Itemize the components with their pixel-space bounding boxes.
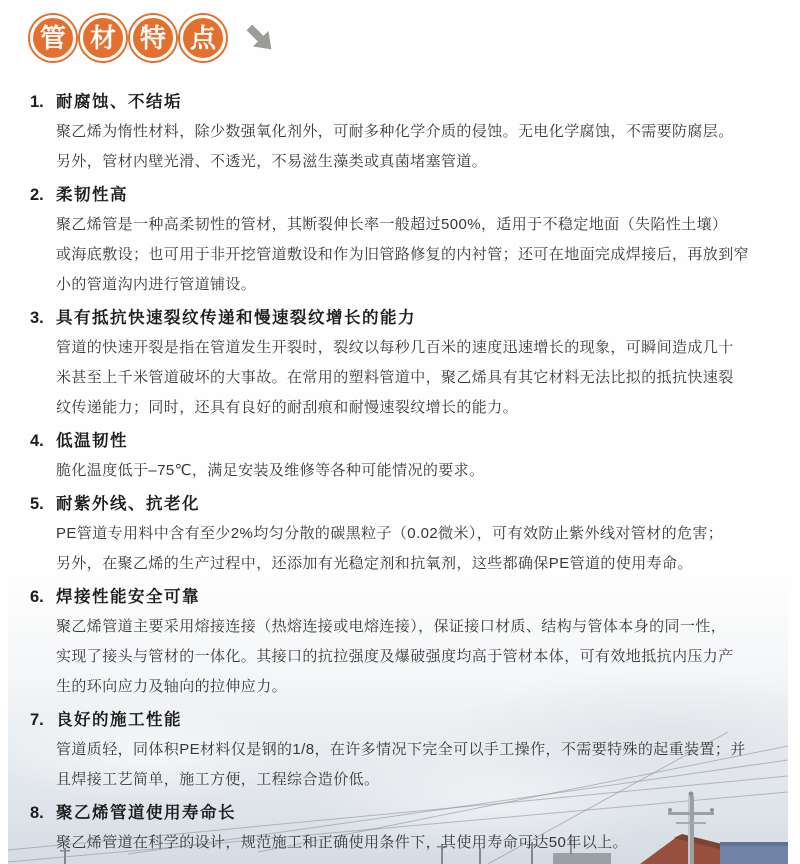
- feature-section: 3. 具有抵抗快速裂纹传递和慢速裂纹增长的能力 管道的快速开裂是指在管道发生开裂…: [0, 303, 800, 423]
- body-line: 管道质轻，同体积PE材料仅是钢的1/8，在许多情况下完全可以手工操作，不需要特殊…: [56, 735, 794, 765]
- section-body: 聚乙烯管道在科学的设计，规范施工和正确使用条件下，其使用寿命可达50年以上。: [0, 828, 800, 858]
- body-line: 聚乙烯管是一种高柔韧性的管材，其断裂伸长率一般超过500%，适用于不稳定地面（失…: [56, 210, 794, 240]
- badge-char-circle: 特: [130, 15, 176, 61]
- feature-section: 7. 良好的施工性能 管道质轻，同体积PE材料仅是钢的1/8，在许多情况下完全可…: [0, 705, 800, 795]
- section-number: 4.: [30, 426, 56, 456]
- section-body: 脆化温度低于–75℃，满足安装及维修等各种可能情况的要求。: [0, 456, 800, 486]
- section-body: 聚乙烯管是一种高柔韧性的管材，其断裂伸长率一般超过500%，适用于不稳定地面（失…: [0, 210, 800, 300]
- body-line: 另外，管材内壁光滑、不透光，不易滋生藻类或真菌堵塞管道。: [56, 147, 794, 177]
- page-title: 管材特点: [30, 13, 800, 63]
- section-title: 耐紫外线、抗老化: [56, 489, 200, 519]
- body-line: 管道的快速开裂是指在管道发生开裂时，裂纹以每秒几百米的速度迅速增长的现象，可瞬间…: [56, 333, 794, 363]
- body-line: 另外，在聚乙烯的生产过程中，还添加有光稳定剂和抗氧剂，这些都确保PE管道的使用寿…: [56, 549, 794, 579]
- section-number: 5.: [30, 489, 56, 519]
- section-body: 聚乙烯为惰性材料，除少数强氧化剂外，可耐多种化学介质的侵蚀。无电化学腐蚀，不需要…: [0, 117, 800, 177]
- section-number: 1.: [30, 87, 56, 117]
- section-heading: 7. 良好的施工性能: [0, 705, 800, 735]
- section-body: PE管道专用料中含有至少2%均匀分散的碳黑粒子（0.02微米），可有效防止紫外线…: [0, 519, 800, 579]
- section-title: 具有抵抗快速裂纹传递和慢速裂纹增长的能力: [56, 303, 416, 333]
- section-title: 柔韧性高: [56, 180, 128, 210]
- section-body: 管道的快速开裂是指在管道发生开裂时，裂纹以每秒几百米的速度迅速增长的现象，可瞬间…: [0, 333, 800, 423]
- section-number: 2.: [30, 180, 56, 210]
- body-line: 或海底敷设；也可用于非开挖管道敷设和作为旧管路修复的内衬管；还可在地面完成焊接后…: [56, 240, 794, 270]
- body-line: 米甚至上千米管道破坏的大事故。在常用的塑料管道中，聚乙烯具有其它材料无法比拟的抵…: [56, 363, 794, 393]
- feature-section: 5. 耐紫外线、抗老化 PE管道专用料中含有至少2%均匀分散的碳黑粒子（0.02…: [0, 489, 800, 579]
- section-number: 6.: [30, 582, 56, 612]
- body-line: 聚乙烯管道主要采用熔接连接（热熔连接或电熔连接），保证接口材质、结构与管体本身的…: [56, 612, 794, 642]
- title-badge: 管材特点: [30, 15, 230, 61]
- section-number: 8.: [30, 798, 56, 828]
- catalog-page: 管材特点 1. 耐腐蚀、不结垢 聚乙烯为惰性材料，除少数强氧化剂外，可耐多种化学…: [0, 0, 800, 864]
- section-title: 耐腐蚀、不结垢: [56, 87, 182, 117]
- body-line: 且焊接工艺简单，施工方便，工程综合造价低。: [56, 765, 794, 795]
- section-heading: 4. 低温韧性: [0, 426, 800, 456]
- section-heading: 5. 耐紫外线、抗老化: [0, 489, 800, 519]
- feature-list: 1. 耐腐蚀、不结垢 聚乙烯为惰性材料，除少数强氧化剂外，可耐多种化学介质的侵蚀…: [0, 87, 800, 858]
- body-line: 纹传递能力；同时，还具有良好的耐刮痕和耐慢速裂纹增长的能力。: [56, 393, 794, 423]
- body-line: 脆化温度低于–75℃，满足安装及维修等各种可能情况的要求。: [56, 456, 794, 486]
- section-number: 3.: [30, 303, 56, 333]
- section-title: 低温韧性: [56, 426, 128, 456]
- feature-section: 2. 柔韧性高 聚乙烯管是一种高柔韧性的管材，其断裂伸长率一般超过500%，适用…: [0, 180, 800, 300]
- feature-section: 8. 聚乙烯管道使用寿命长 聚乙烯管道在科学的设计，规范施工和正确使用条件下，其…: [0, 798, 800, 858]
- section-title: 良好的施工性能: [56, 705, 182, 735]
- feature-section: 1. 耐腐蚀、不结垢 聚乙烯为惰性材料，除少数强氧化剂外，可耐多种化学介质的侵蚀…: [0, 87, 800, 177]
- section-title: 聚乙烯管道使用寿命长: [56, 798, 236, 828]
- badge-char-circle: 材: [80, 15, 126, 61]
- section-body: 聚乙烯管道主要采用熔接连接（热熔连接或电熔连接），保证接口材质、结构与管体本身的…: [0, 612, 800, 702]
- section-title: 焊接性能安全可靠: [56, 582, 200, 612]
- badge-char-circle: 点: [180, 15, 226, 61]
- section-heading: 2. 柔韧性高: [0, 180, 800, 210]
- section-number: 7.: [30, 705, 56, 735]
- body-line: 小的管道沟内进行管道铺设。: [56, 270, 794, 300]
- section-heading: 1. 耐腐蚀、不结垢: [0, 87, 800, 117]
- section-heading: 6. 焊接性能安全可靠: [0, 582, 800, 612]
- body-line: 聚乙烯为惰性材料，除少数强氧化剂外，可耐多种化学介质的侵蚀。无电化学腐蚀，不需要…: [56, 117, 794, 147]
- body-line: 实现了接头与管材的一体化。其接口的抗拉强度及爆破强度均高于管材本体，可有效地抵抗…: [56, 642, 794, 672]
- section-body: 管道质轻，同体积PE材料仅是钢的1/8，在许多情况下完全可以手工操作，不需要特殊…: [0, 735, 800, 795]
- body-line: 聚乙烯管道在科学的设计，规范施工和正确使用条件下，其使用寿命可达50年以上。: [56, 828, 794, 858]
- section-heading: 8. 聚乙烯管道使用寿命长: [0, 798, 800, 828]
- feature-section: 4. 低温韧性 脆化温度低于–75℃，满足安装及维修等各种可能情况的要求。: [0, 426, 800, 486]
- arrow-down-right-icon: [242, 20, 278, 56]
- body-line: PE管道专用料中含有至少2%均匀分散的碳黑粒子（0.02微米），可有效防止紫外线…: [56, 519, 794, 549]
- badge-char-circle: 管: [30, 15, 76, 61]
- feature-section: 6. 焊接性能安全可靠 聚乙烯管道主要采用熔接连接（热熔连接或电熔连接），保证接…: [0, 582, 800, 702]
- body-line: 生的环向应力及轴向的拉伸应力。: [56, 672, 794, 702]
- section-heading: 3. 具有抵抗快速裂纹传递和慢速裂纹增长的能力: [0, 303, 800, 333]
